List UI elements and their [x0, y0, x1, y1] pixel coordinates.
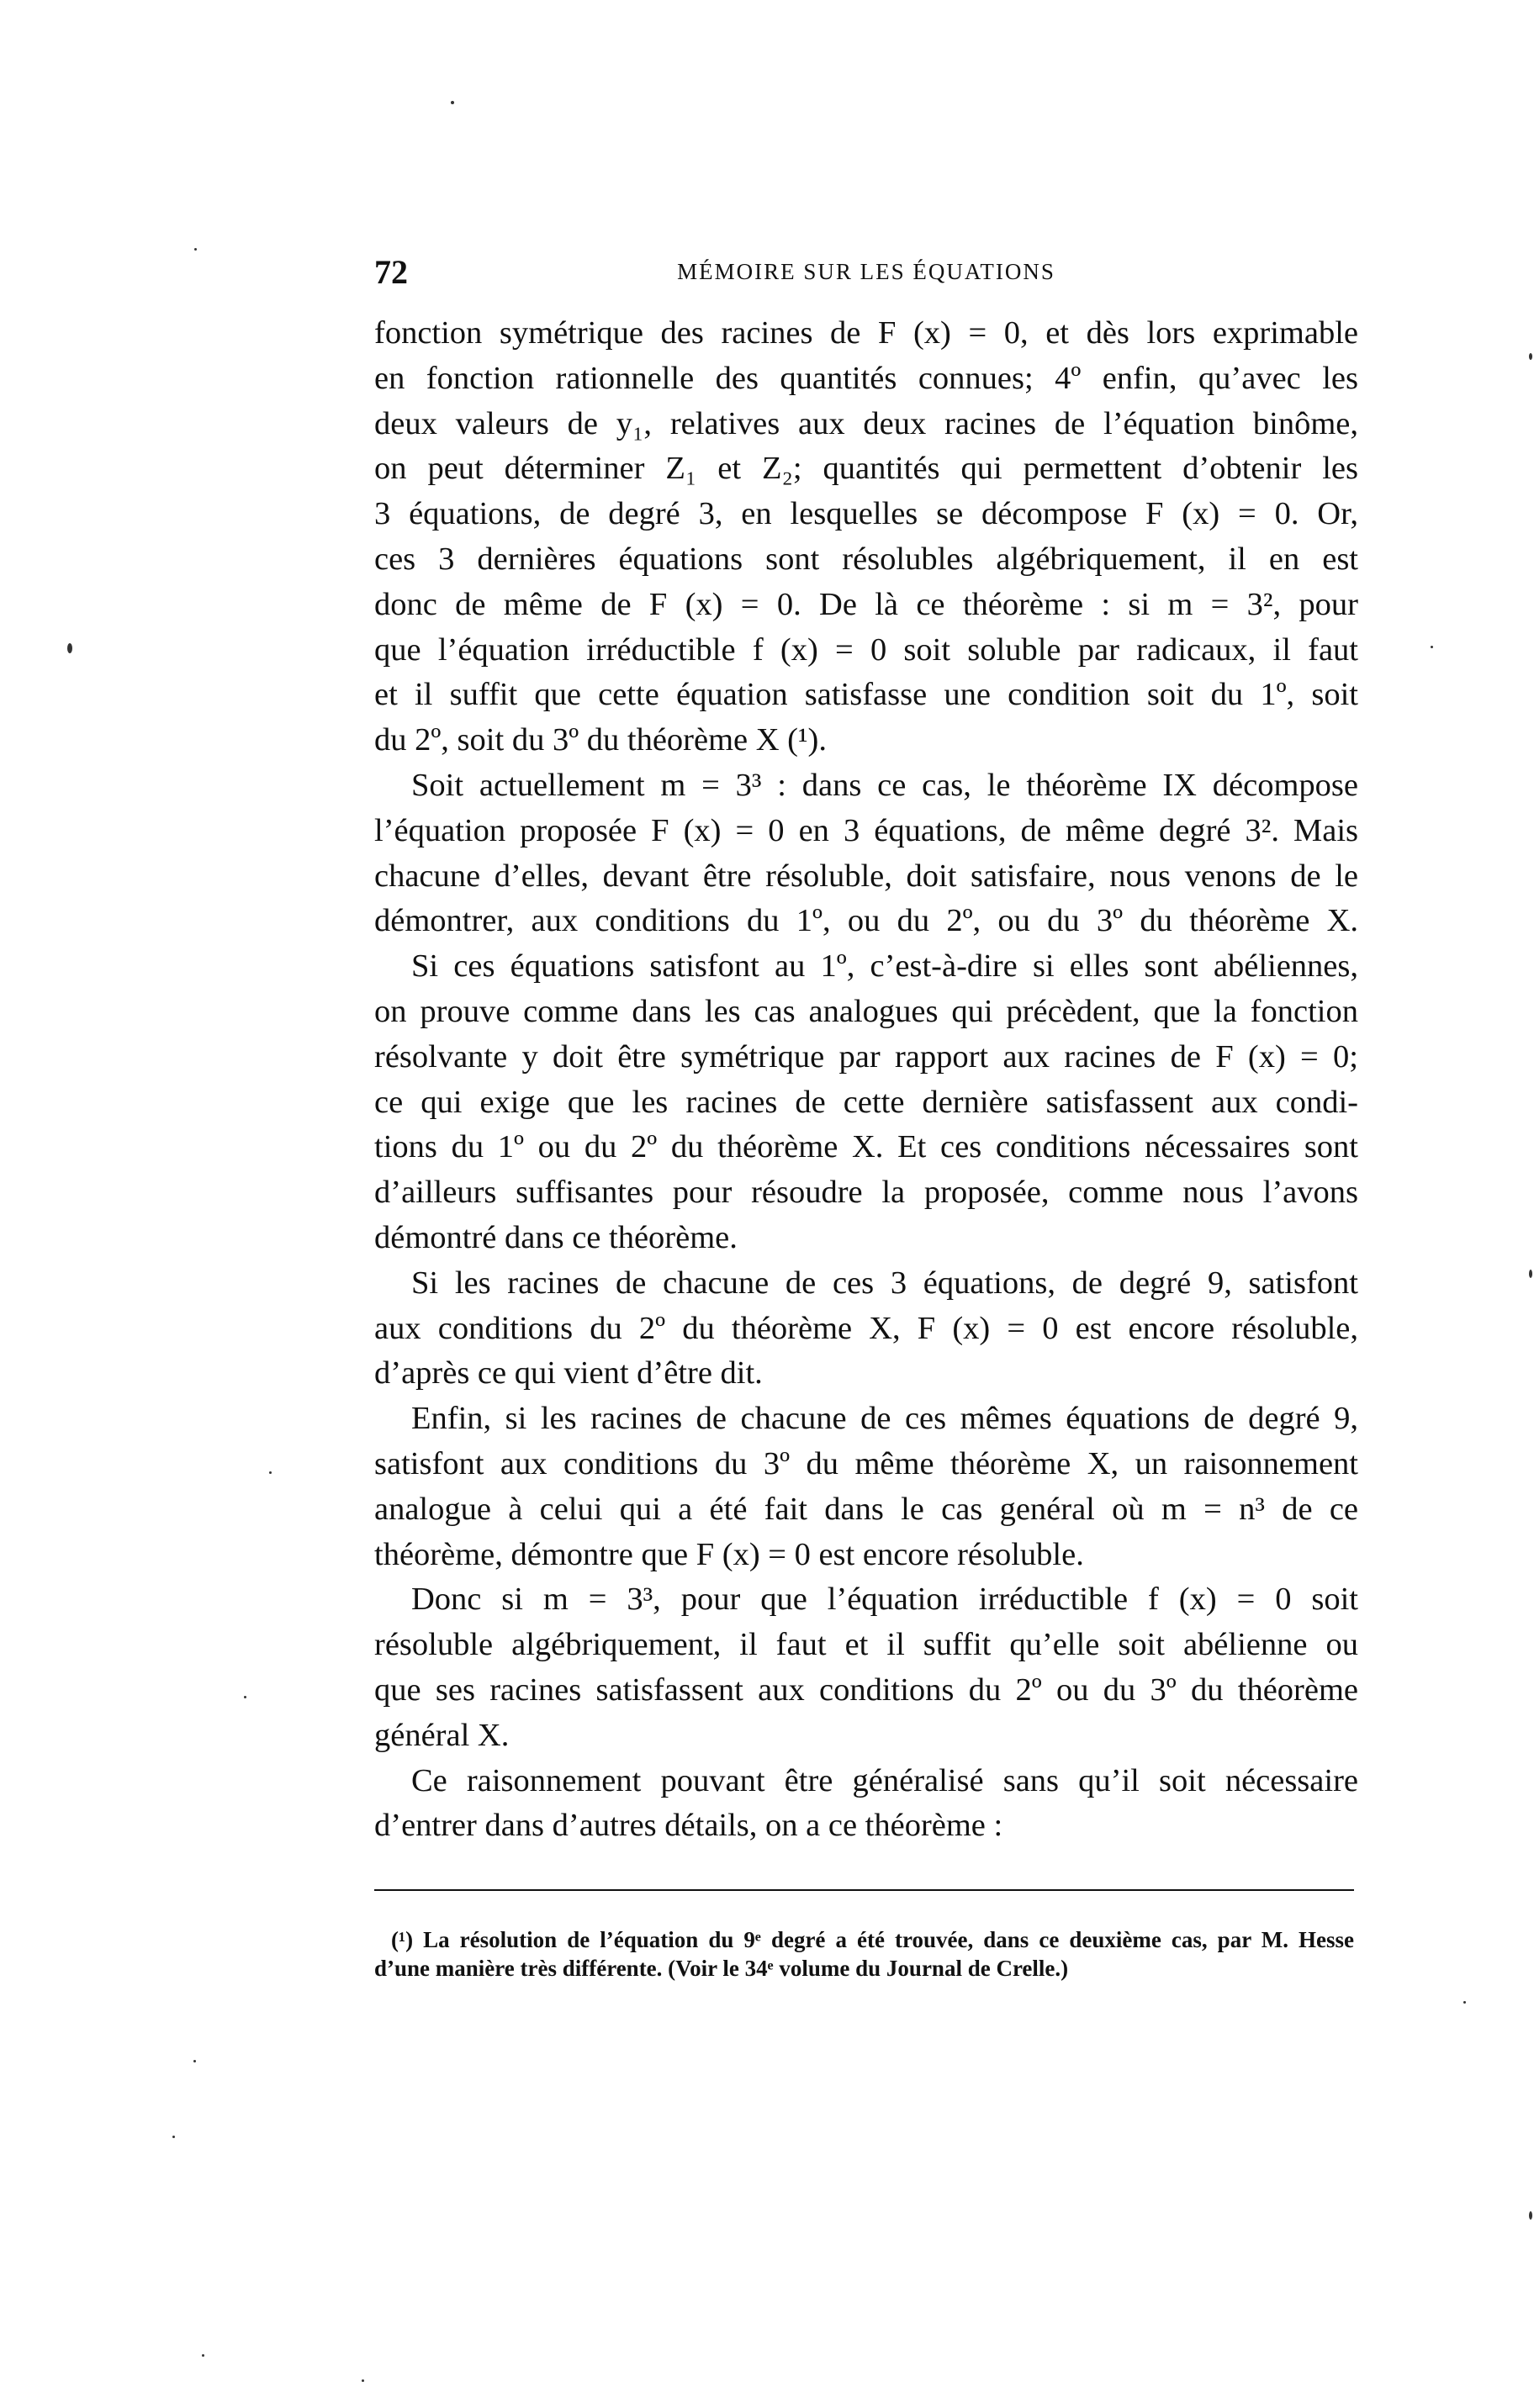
text-line: ce qui exige que les racines de cette de…	[374, 1080, 1358, 1126]
scan-speck	[362, 2379, 364, 2382]
text-line: Si ces équations satisfont au 1º, c’est-…	[374, 944, 1358, 990]
text-line: analogue à celui qui a été fait dans le …	[374, 1487, 1358, 1533]
text-line: Donc si m = 3³, pour que l’équation irré…	[374, 1577, 1358, 1623]
text-line: général X.	[374, 1714, 1358, 1759]
scan-speck	[193, 2060, 196, 2062]
text-line: on peut déterminer Z₁ et Z₂; quantités q…	[374, 446, 1358, 492]
text-line: démontrer, aux conditions du 1º, ou du 2…	[374, 899, 1358, 944]
text-line: Ce raisonnement pouvant être généralisé …	[374, 1759, 1358, 1804]
text-line: fonction symétrique des racines de F (x)…	[374, 311, 1358, 356]
text-line: d’entrer dans d’autres détails, on a ce …	[374, 1803, 1358, 1849]
text-line: chacune d’elles, devant être résoluble, …	[374, 854, 1358, 900]
text-line: d’ailleurs suffisantes pour résoudre la …	[374, 1170, 1358, 1216]
text-line: d’après ce qui vient d’être dit.	[374, 1351, 1358, 1397]
text-line: que ses racines satisfassent aux conditi…	[374, 1668, 1358, 1714]
text-line: on prouve comme dans les cas analogues q…	[374, 990, 1358, 1035]
text-line: donc de même de F (x) = 0. De là ce théo…	[374, 583, 1358, 628]
running-title: MÉMOIRE SUR LES ÉQUATIONS	[374, 259, 1358, 285]
text-line: satisfont aux conditions du 3º du même t…	[374, 1442, 1358, 1487]
scan-speck	[172, 2136, 175, 2138]
footnote: (¹) La résolution de l’équation du 9ᵉ de…	[374, 1925, 1354, 1983]
text-line: l’équation proposée F (x) = 0 en 3 équat…	[374, 809, 1358, 854]
footnote-line: (¹) La résolution de l’équation du 9ᵉ de…	[374, 1925, 1354, 1954]
scan-speck	[451, 101, 454, 104]
text-line: et il suffit que cette équation satisfas…	[374, 673, 1358, 718]
text-line: aux conditions du 2º du théorème X, F (x…	[374, 1307, 1358, 1352]
page-header: 72 MÉMOIRE SUR LES ÉQUATIONS	[374, 252, 1358, 294]
text-line: résolvante y doit être symétrique par ra…	[374, 1035, 1358, 1080]
scan-speck	[244, 1696, 246, 1698]
text-line: que l’équation irréductible f (x) = 0 so…	[374, 628, 1358, 673]
text-line: Soit actuellement m = 3³ : dans ce cas, …	[374, 763, 1358, 809]
text-line: en fonction rationnelle des quantités co…	[374, 356, 1358, 402]
text-line: démontré dans ce théorème.	[374, 1216, 1358, 1261]
footnote-line: d’une manière très différente. (Voir le …	[374, 1954, 1354, 1983]
text-line: ces 3 dernières équations sont résoluble…	[374, 537, 1358, 583]
text-line: Si les racines de chacune de ces 3 équat…	[374, 1261, 1358, 1307]
scan-speck	[1529, 1270, 1532, 1278]
scan-speck	[269, 1471, 272, 1474]
text-line: résoluble algébriquement, il faut et il …	[374, 1623, 1358, 1668]
scan-speck	[202, 2354, 204, 2357]
scan-speck	[1431, 646, 1433, 648]
text-line: Enfin, si les racines de chacune de ces …	[374, 1397, 1358, 1442]
text-line: deux valeurs de y₁, relatives aux deux r…	[374, 402, 1358, 447]
text-line: du 2º, soit du 3º du théorème X (¹).	[374, 718, 1358, 763]
text-line: 3 équations, de degré 3, en lesquelles s…	[374, 492, 1358, 537]
footnote-separator	[374, 1889, 1354, 1891]
book-page: 72 MÉMOIRE SUR LES ÉQUATIONS fonction sy…	[0, 0, 1534, 2408]
text-line: tions du 1º ou du 2º du théorème X. Et c…	[374, 1125, 1358, 1170]
scan-speck	[194, 248, 197, 251]
body-text: fonction symétrique des racines de F (x)…	[374, 311, 1358, 1849]
scan-speck	[67, 643, 72, 653]
scan-speck	[1463, 2001, 1466, 2004]
scan-speck	[1529, 2211, 1532, 2220]
text-line: théorème, démontre que F (x) = 0 est enc…	[374, 1533, 1358, 1578]
scan-speck	[1529, 353, 1532, 360]
